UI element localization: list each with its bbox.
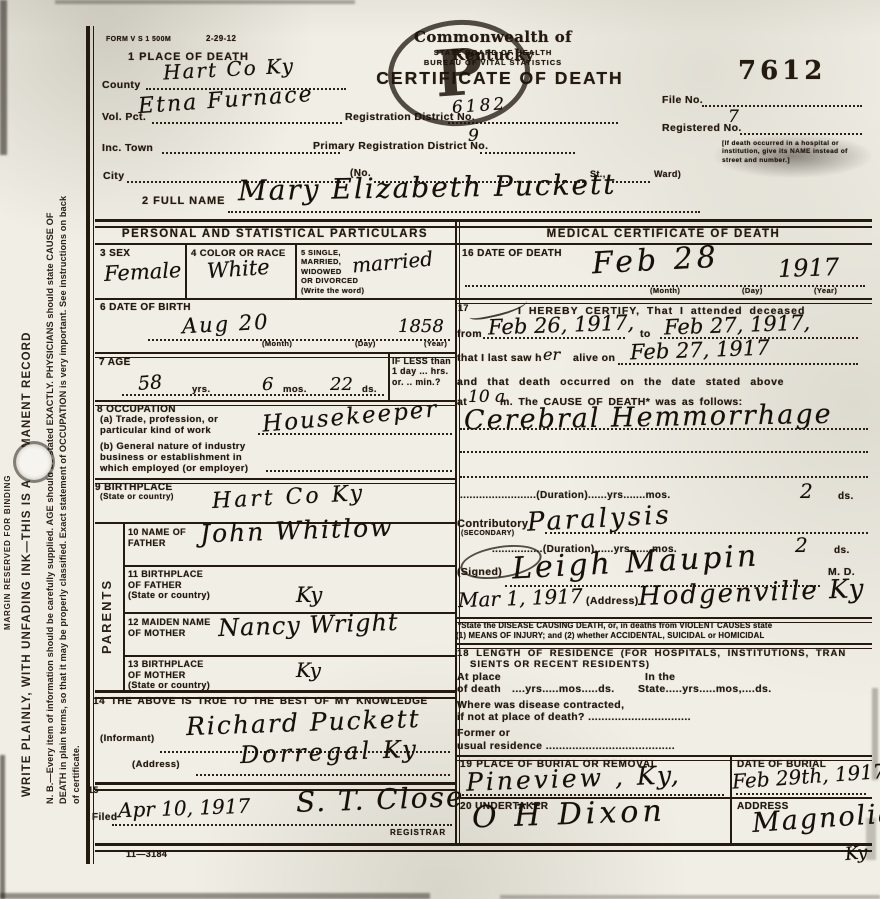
duration2-days-value: 2 xyxy=(795,535,808,555)
undertaker-address-state: Ky xyxy=(844,844,868,864)
state-duration-line: State.....yrs.....mos,....ds. xyxy=(638,683,772,695)
file-no-line xyxy=(702,103,862,107)
year-caption: (Year) xyxy=(814,287,837,296)
signed-label: (Signed) xyxy=(457,566,502,578)
footnote-line1: *State the DISEASE CAUSING DEATH, or, in… xyxy=(458,621,772,630)
day-caption: (Day) xyxy=(355,340,376,349)
cell-divider xyxy=(185,243,187,298)
primary-district-line xyxy=(480,150,575,154)
father-birthplace-label: 11 BIRTHPLACE OF FATHER (State or countr… xyxy=(128,569,210,601)
filed-line xyxy=(112,822,452,826)
occupation-b-label: (b) General nature of industry business … xyxy=(100,441,248,475)
personal-section-title: PERSONAL AND STATISTICAL PARTICULARS xyxy=(95,228,455,242)
birthplace-state-caption: (State or country) xyxy=(100,492,174,501)
residence-label-line2: SIENTS OR RECENT RESIDENTS) xyxy=(470,659,650,670)
cause-line xyxy=(460,449,868,453)
burial-cell-divider xyxy=(730,755,732,843)
month-caption: (Month) xyxy=(650,287,680,296)
title-rule xyxy=(95,243,872,245)
sex-value: Female xyxy=(104,260,182,285)
cause-line xyxy=(460,474,868,478)
in-the-label: In the xyxy=(645,671,675,683)
street-line xyxy=(612,179,650,183)
death-certificate-scan: MARGIN RESERVED FOR BINDING WRITE PLAINL… xyxy=(0,0,880,899)
inc-town-label: Inc. Town xyxy=(102,142,153,154)
margin-binding-note: MARGIN RESERVED FOR BINDING xyxy=(3,280,12,630)
row-rule xyxy=(123,655,455,657)
item-15-label: 15 xyxy=(88,785,99,796)
margin-write-plainly-note: WRITE PLAINLY, WITH UNFADING INK—THIS IS… xyxy=(21,185,33,797)
scan-artifact xyxy=(0,755,5,899)
informant-address-value: Dorregal Ky xyxy=(240,737,420,767)
punch-hole xyxy=(16,444,52,480)
day-caption: (Day) xyxy=(742,287,763,296)
from-label: from xyxy=(457,328,482,340)
registrar-signature: S. T. Close xyxy=(296,783,465,817)
scan-artifact xyxy=(500,895,880,899)
duration1-days-value: 2 xyxy=(800,481,813,501)
father-name-label: 10 NAME OF FATHER xyxy=(128,527,186,548)
hospital-note: [If death occurred in a hospital or inst… xyxy=(722,140,868,165)
cause-line xyxy=(460,426,868,430)
section-top-rule xyxy=(95,219,872,228)
registrar-caption: REGISTRAR xyxy=(390,828,446,837)
duration1-label: ........................(Duration)......… xyxy=(460,490,671,502)
informant-address-label: (Address) xyxy=(132,759,180,770)
last-saw-suffix: alive on xyxy=(573,352,615,364)
to-label: to xyxy=(640,328,651,340)
plate-number: 11—3184 xyxy=(126,849,167,860)
former-residence-line1: Former or xyxy=(457,727,510,739)
filed-date-value: Apr 10, 1917 xyxy=(118,796,251,821)
sex-label: 3 SEX xyxy=(100,248,130,260)
scan-artifact xyxy=(55,0,355,4)
place-duration-line: ....yrs.....mos.....ds. xyxy=(512,683,615,695)
mother-maiden-name-label: 12 MAIDEN NAME OF MOTHER xyxy=(128,617,211,638)
from-date-value: Feb 26, 1917, xyxy=(488,312,635,338)
father-name-value: John Whitlow xyxy=(200,515,394,547)
registered-no-value: 7 xyxy=(728,109,739,126)
cell-divider xyxy=(295,243,297,298)
primary-district-value: 9 xyxy=(468,128,479,145)
date-of-birth-label: 6 DATE OF BIRTH xyxy=(100,302,191,314)
ward-label: Ward) xyxy=(654,169,681,180)
physician-address-label: (Address) xyxy=(586,595,639,607)
age-label: 7 AGE xyxy=(99,357,131,369)
month-caption: (Month) xyxy=(262,340,292,349)
form-border xyxy=(86,26,90,864)
age-months-value: 6 xyxy=(262,376,273,394)
occupation-b-line xyxy=(266,468,452,472)
medical-section-title: MEDICAL CERTIFICATE OF DEATH xyxy=(455,228,872,242)
county-label: County xyxy=(102,79,141,91)
residence-label-line1: 18 LENGTH OF RESIDENCE (FOR HOSPITALS, I… xyxy=(457,648,846,659)
date-of-death-label: 16 DATE OF DEATH xyxy=(462,248,562,260)
last-saw-prefix: that I last saw h xyxy=(457,352,542,364)
contracted-line2: if not at place of death? ..............… xyxy=(457,711,691,723)
mother-birthplace-value: Ky xyxy=(296,660,321,680)
marital-status-value: married xyxy=(351,249,433,276)
mother-birthplace-label: 13 BIRTHPLACE OF MOTHER (State or countr… xyxy=(128,659,210,691)
city-label: City xyxy=(103,170,124,182)
date-of-birth-value: Aug 20 xyxy=(182,312,271,338)
contracted-line1: Where was disease contracted, xyxy=(457,699,624,711)
undertaker-signature: O H Dixon xyxy=(472,797,667,834)
informant-value: Richard Puckett xyxy=(186,706,421,739)
parents-divider xyxy=(123,522,125,690)
former-residence-line2: usual residence ........................… xyxy=(457,740,675,752)
if-less-note: IF LESS than 1 day ... hrs. or. .. min.? xyxy=(392,356,451,387)
duration1-ds-caption: ds. xyxy=(838,491,854,503)
scan-artifact xyxy=(0,0,7,155)
file-no-label: File No. xyxy=(662,94,703,106)
row-rule xyxy=(123,565,455,567)
to-date-value: Feb 27, 1917, xyxy=(664,312,811,338)
of-death-label: of death xyxy=(457,683,501,695)
date-of-birth-year: 1858 xyxy=(398,318,444,336)
informant-address-line xyxy=(196,772,450,776)
file-stamp-letter: P xyxy=(432,34,485,112)
signed-date-value: Mar 1, 1917 xyxy=(458,586,583,610)
form-revision-date: 2-29-12 xyxy=(206,34,236,43)
informant-label: (Informant) xyxy=(100,733,155,744)
vol-pct-line xyxy=(152,120,342,124)
date-of-death-value: Feb 28 xyxy=(591,243,720,280)
birthplace-value: Hart Co Ky xyxy=(212,483,366,513)
yrs-caption: yrs. xyxy=(192,384,211,395)
ds-caption: ds. xyxy=(362,384,377,395)
cell-divider xyxy=(388,352,390,400)
duration2-ds-caption: ds. xyxy=(834,545,850,557)
secondary-caption: (SECONDARY) xyxy=(461,530,515,538)
age-years-value: 58 xyxy=(137,373,162,394)
row-rule xyxy=(95,298,455,300)
certificate-number: 7612 xyxy=(738,56,826,87)
section-bottom-rule xyxy=(95,843,872,852)
county-value: Hart Co Ky xyxy=(163,56,296,83)
year-caption: (Year) xyxy=(424,340,447,349)
mos-caption: mos. xyxy=(283,384,307,395)
full-name-label: 2 FULL NAME xyxy=(142,195,226,208)
primary-district-label: Primary Registration District No. xyxy=(313,140,488,152)
footnote-line2: (1) MEANS OF INJURY; and (2) whether ACC… xyxy=(456,631,764,640)
margin-nb-note: N. B.—Every item of information should b… xyxy=(44,188,86,804)
full-name-line xyxy=(228,209,700,213)
physician-address-value: Hodgenville Ky xyxy=(638,576,866,610)
form-border xyxy=(93,26,94,864)
last-saw-er: er xyxy=(543,347,560,363)
occupation-a-label: (a) Trade, profession, or particular kin… xyxy=(100,414,218,436)
father-birthplace-value: Ky xyxy=(296,585,322,606)
place-of-burial-value: Pineview , Ky, xyxy=(466,762,682,795)
at-place-label: At place xyxy=(457,671,501,683)
death-occurred-line: and that death occurred on the date stat… xyxy=(457,376,784,388)
full-name-value: Mary Elizabeth Puckett xyxy=(238,171,617,206)
last-saw-date-value: Feb 27, 1917 xyxy=(630,338,770,364)
scan-artifact xyxy=(0,893,430,899)
mother-maiden-name-value: Nancy Wright xyxy=(218,610,399,640)
parents-section-label: PARENTS xyxy=(99,558,114,654)
race-value: White xyxy=(206,257,270,282)
contributory-value: Paralysis xyxy=(526,502,672,536)
age-days-value: 22 xyxy=(330,376,353,394)
date-of-death-year: 1917 xyxy=(778,255,840,281)
form-code: FORM V S 1 500M xyxy=(106,36,171,44)
